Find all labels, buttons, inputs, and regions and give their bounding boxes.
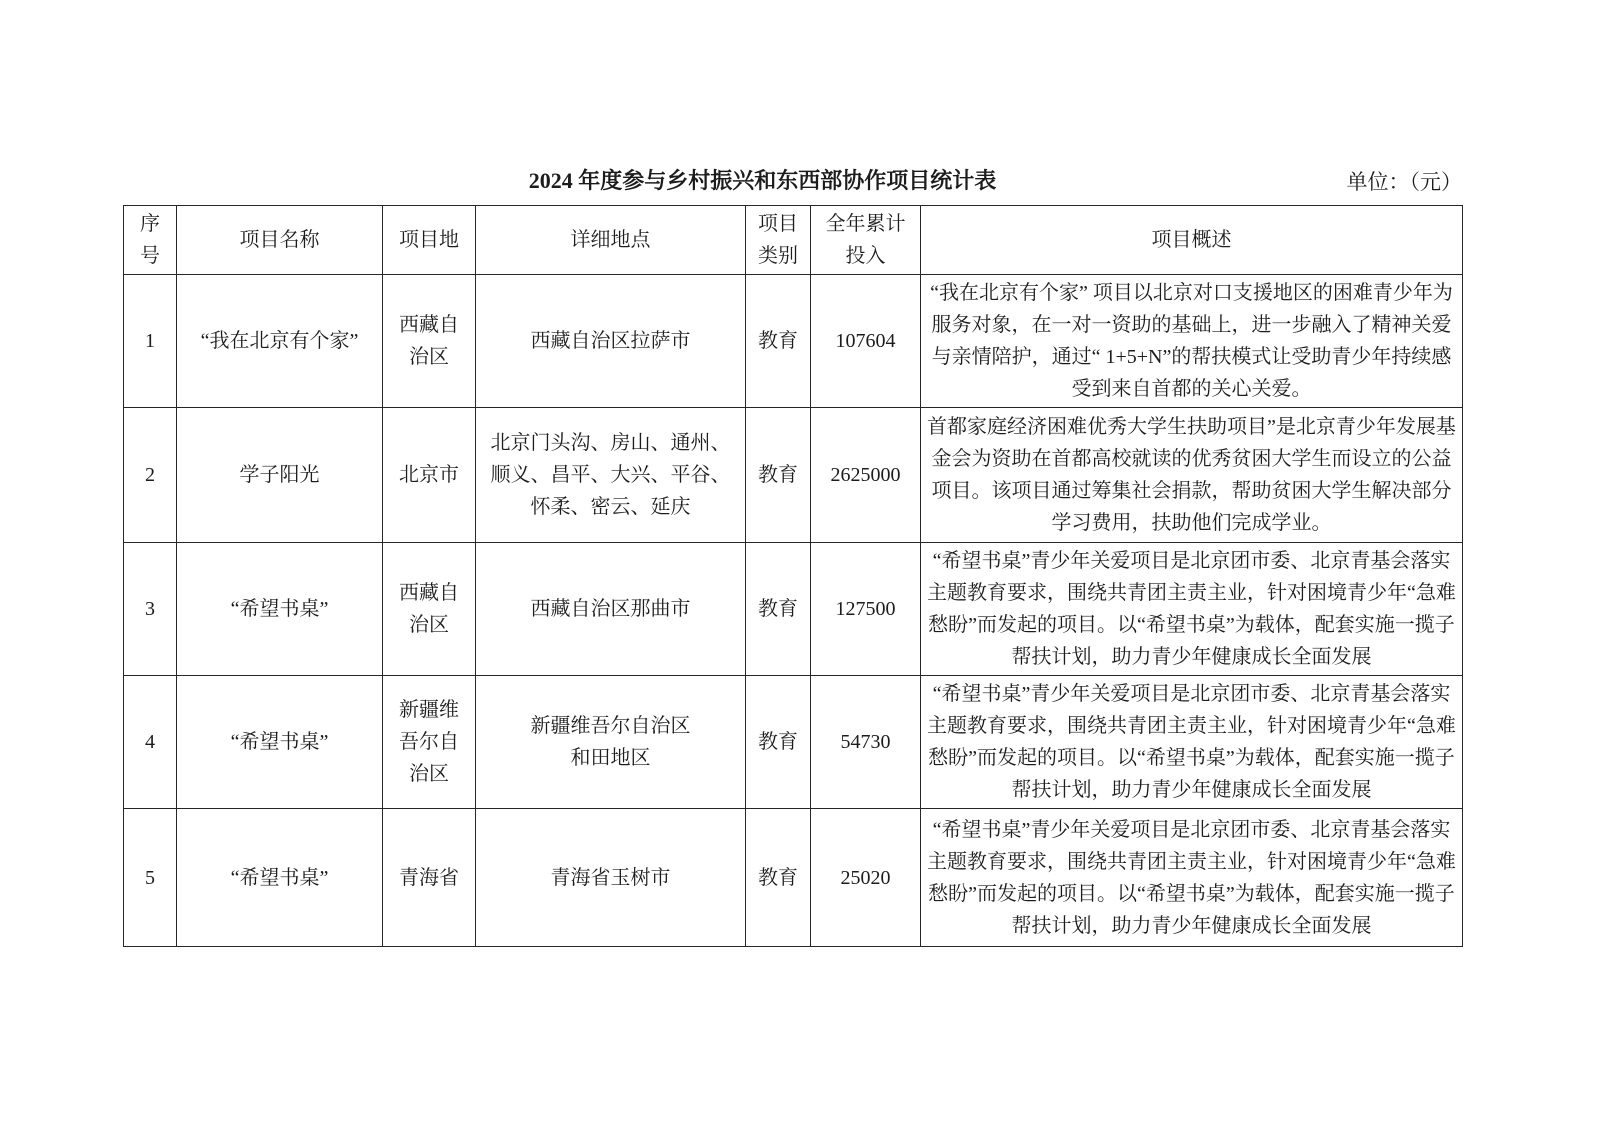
- cell-location: 西藏自 治区: [383, 275, 476, 408]
- cell-no: 3: [124, 543, 177, 676]
- column-header-project-name: 项目名称: [177, 206, 383, 275]
- document-page: 2024 年度参与乡村振兴和东西部协作项目统计表 单位：（元） 序 号 项目名称…: [0, 0, 1600, 1131]
- cell-category: 教育: [746, 408, 811, 543]
- cell-detail-location: 西藏自治区拉萨市: [476, 275, 746, 408]
- table-row: 2 学子阳光 北京市 北京门头沟、房山、通州、 顺义、昌平、大兴、平谷、 怀柔、…: [124, 408, 1463, 543]
- cell-project-name: “我在北京有个家”: [177, 275, 383, 408]
- unit-label: 单位：（元）: [1347, 167, 1463, 197]
- cell-category: 教育: [746, 543, 811, 676]
- cell-location: 北京市: [383, 408, 476, 543]
- cell-overview: “希望书桌”青少年关爱项目是北京团市委、北京青基会落实主题教育要求，围绕共青团主…: [921, 809, 1463, 947]
- cell-no: 1: [124, 275, 177, 408]
- table-row: 1 “我在北京有个家” 西藏自 治区 西藏自治区拉萨市 教育 107604 “我…: [124, 275, 1463, 408]
- cell-no: 4: [124, 676, 177, 809]
- cell-location: 青海省: [383, 809, 476, 947]
- cell-no: 5: [124, 809, 177, 947]
- table-row: 3 “希望书桌” 西藏自 治区 西藏自治区那曲市 教育 127500 “希望书桌…: [124, 543, 1463, 676]
- table-row: 5 “希望书桌” 青海省 青海省玉树市 教育 25020 “希望书桌”青少年关爱…: [124, 809, 1463, 947]
- cell-overview: 首都家庭经济困难优秀大学生扶助项目”是北京青少年发展基金会为资助在首都高校就读的…: [921, 408, 1463, 543]
- cell-project-name: “希望书桌”: [177, 809, 383, 947]
- cell-category: 教育: [746, 676, 811, 809]
- column-header-investment: 全年累计 投入: [811, 206, 921, 275]
- title-row: 2024 年度参与乡村振兴和东西部协作项目统计表 单位：（元）: [123, 166, 1462, 205]
- cell-no: 2: [124, 408, 177, 543]
- cell-investment: 107604: [811, 275, 921, 408]
- cell-detail-location: 北京门头沟、房山、通州、 顺义、昌平、大兴、平谷、 怀柔、密云、延庆: [476, 408, 746, 543]
- table-body: 1 “我在北京有个家” 西藏自 治区 西藏自治区拉萨市 教育 107604 “我…: [124, 275, 1463, 947]
- cell-overview: “我在北京有个家” 项目以北京对口支援地区的困难青少年为服务对象，在一对一资助的…: [921, 275, 1463, 408]
- cell-investment: 127500: [811, 543, 921, 676]
- cell-category: 教育: [746, 809, 811, 947]
- cell-location: 新疆维 吾尔自 治区: [383, 676, 476, 809]
- table-header: 序 号 项目名称 项目地 详细地点 项目 类别 全年累计 投入 项目概述: [124, 206, 1463, 275]
- table-row: 4 “希望书桌” 新疆维 吾尔自 治区 新疆维吾尔自治区 和田地区 教育 547…: [124, 676, 1463, 809]
- column-header-no: 序 号: [124, 206, 177, 275]
- cell-investment: 54730: [811, 676, 921, 809]
- column-header-category: 项目 类别: [746, 206, 811, 275]
- column-header-detail-location: 详细地点: [476, 206, 746, 275]
- cell-detail-location: 青海省玉树市: [476, 809, 746, 947]
- cell-investment: 2625000: [811, 408, 921, 543]
- document-body: 2024 年度参与乡村振兴和东西部协作项目统计表 单位：（元） 序 号 项目名称…: [123, 166, 1462, 947]
- cell-location: 西藏自 治区: [383, 543, 476, 676]
- page-title: 2024 年度参与乡村振兴和东西部协作项目统计表: [123, 166, 1402, 196]
- cell-detail-location: 新疆维吾尔自治区 和田地区: [476, 676, 746, 809]
- cell-investment: 25020: [811, 809, 921, 947]
- projects-table: 序 号 项目名称 项目地 详细地点 项目 类别 全年累计 投入 项目概述 1 “…: [123, 205, 1463, 947]
- cell-detail-location: 西藏自治区那曲市: [476, 543, 746, 676]
- cell-project-name: “希望书桌”: [177, 543, 383, 676]
- cell-overview: “希望书桌”青少年关爱项目是北京团市委、北京青基会落实主题教育要求，围绕共青团主…: [921, 543, 1463, 676]
- cell-project-name: “希望书桌”: [177, 676, 383, 809]
- cell-project-name: 学子阳光: [177, 408, 383, 543]
- column-header-location: 项目地: [383, 206, 476, 275]
- cell-overview: “希望书桌”青少年关爱项目是北京团市委、北京青基会落实主题教育要求，围绕共青团主…: [921, 676, 1463, 809]
- cell-category: 教育: [746, 275, 811, 408]
- column-header-overview: 项目概述: [921, 206, 1463, 275]
- header-row: 序 号 项目名称 项目地 详细地点 项目 类别 全年累计 投入 项目概述: [124, 206, 1463, 275]
